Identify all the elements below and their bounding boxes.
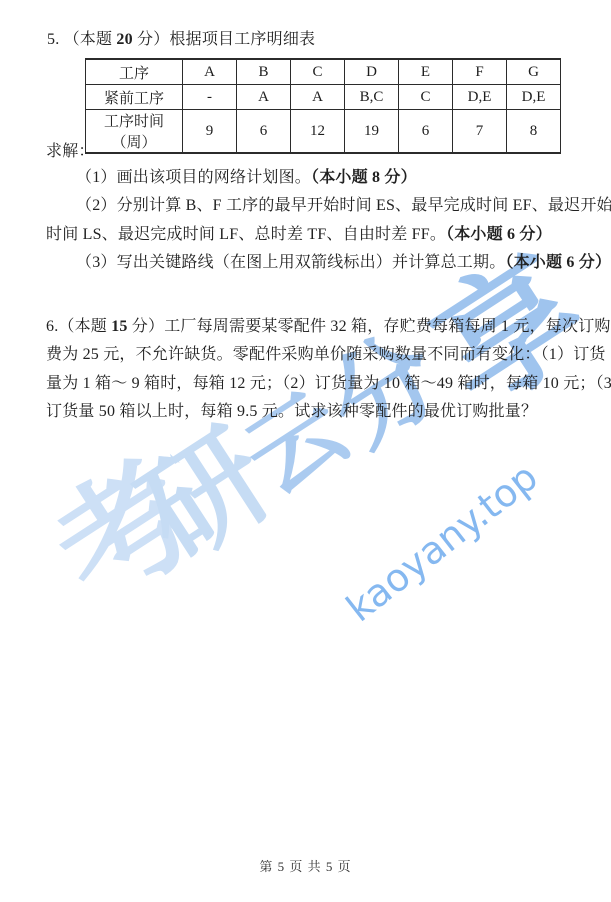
table-row-predecessor: 紧前工序 - A A B,C C D,E D,E [86,85,561,110]
table-cell: F [453,59,507,85]
table-cell: A [237,85,291,110]
table-cell: 12 [291,110,345,154]
question-6-line-3: 量为 1 箱～ 9 箱时，每箱 12 元；（2）订货量为 10 箱～49 箱时，… [46,374,611,394]
question-5-subitem-1: （1）画出该项目的网络计划图。（本小题 8 分） [76,168,417,188]
process-schedule-table: 工序 A B C D E F G 紧前工序 - A A B,C C D,E D,… [85,58,561,154]
question-5-header: 5. （本题 20 分）根据项目工序明细表 [47,30,315,50]
table-cell: 8 [507,110,561,154]
table-cell: 6 [399,110,453,154]
table-cell: 19 [345,110,399,154]
site-url-watermark: kaoyany.top [340,457,544,628]
table-header-cell: 紧前工序 [86,85,183,110]
page-number-footer: 第 5 页 共 5 页 [0,856,611,875]
table-cell: A [291,85,345,110]
table-cell: 7 [453,110,507,154]
question-6-line-2: 费为 25 元，不允许缺货。零配件采购单价随采购数量不同而有变化：（1）订货 [46,345,606,365]
table-cell: C [291,59,345,85]
question-6-line-4: 订货量 50 箱以上时，每箱 9.5 元。试求该种零配件的最优订购批量？ [46,402,537,422]
question-5-subitem-2-line-2: 时间 LS、最迟完成时间 LF、总时差 TF、自由时差 FF。（本小题 6 分） [46,225,552,245]
table-cell: G [507,59,561,85]
table-cell: E [399,59,453,85]
question-5-subitem-2-line-1: （2）分别计算 B、F 工序的最早开始时间 ES、最早完成时间 EF、最迟开始 [76,196,611,216]
table-cell: 6 [237,110,291,154]
table-row-process: 工序 A B C D E F G [86,59,561,85]
question-5-subitem-3: （3）写出关键路线（在图上用双箭线标出）并计算总工期。（本小题 6 分） [76,253,611,273]
table-cell: D [345,59,399,85]
document-page: 考 研 云 分 享 kaoyany.top 5. （本题 20 分）根据项目工序… [0,0,611,902]
table-cell: 9 [183,110,237,154]
table-header-cell: 工序 [86,59,183,85]
table-row-duration: 工序时间（周） 9 6 12 19 6 7 8 [86,110,561,154]
table-cell: D,E [453,85,507,110]
question-6-line-1: 6.（本题 15 分）工厂每周需要某零配件 32 箱，存贮费每箱每周 1 元，每… [46,317,611,337]
table-cell: C [399,85,453,110]
table-cell: - [183,85,237,110]
solve-label: 求解： [46,142,95,162]
table-cell: B [237,59,291,85]
table-cell: D,E [507,85,561,110]
table-cell: B,C [345,85,399,110]
table-cell: A [183,59,237,85]
table-header-cell: 工序时间（周） [86,110,183,154]
